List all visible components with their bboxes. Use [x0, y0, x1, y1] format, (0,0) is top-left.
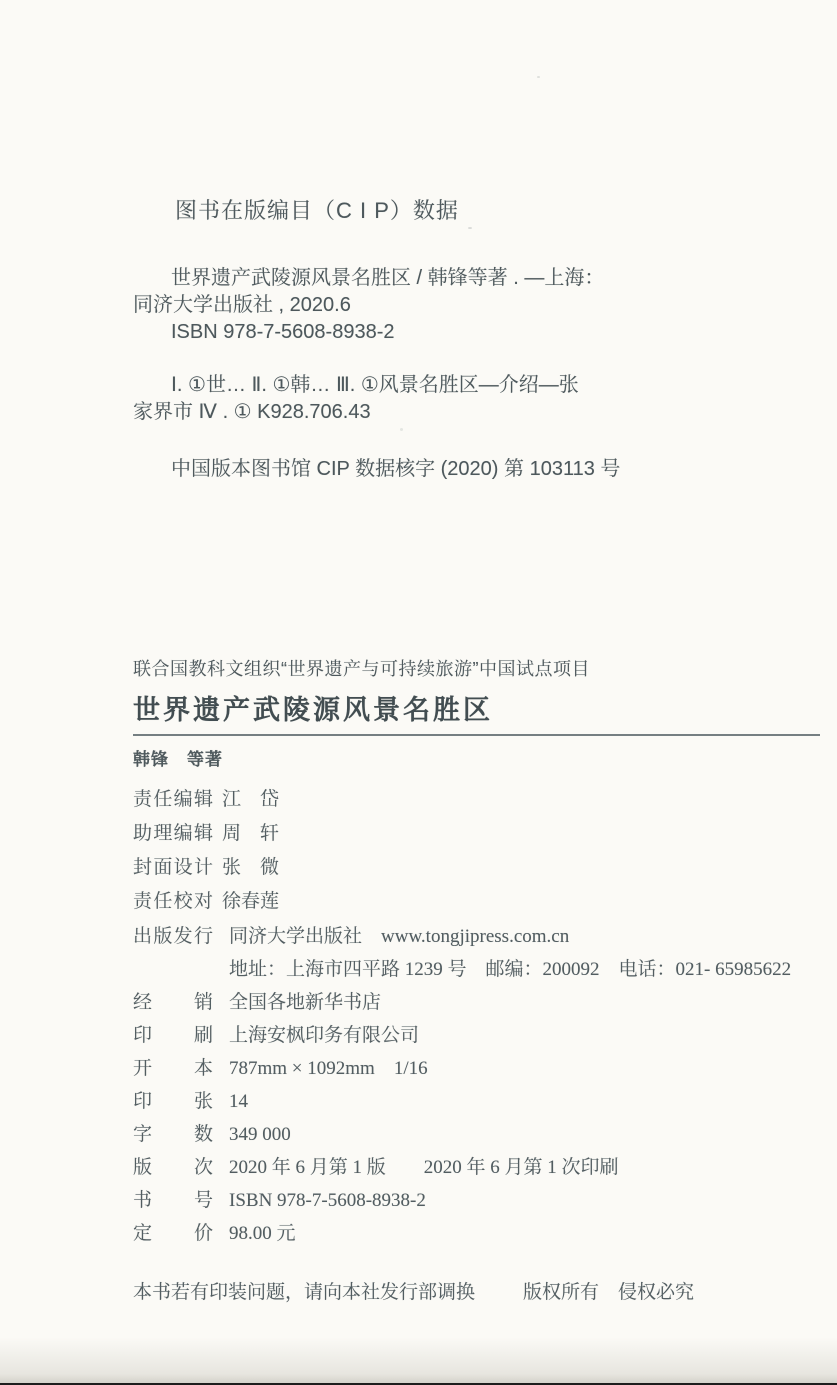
cip-title-line: 世界遗产武陵源风景名胜区 / 韩锋等著 . —上海：: [133, 265, 733, 292]
cip-classification-block: Ⅰ. ①世… Ⅱ. ①韩… Ⅲ. ①风景名胜区—介绍—张 家界市 Ⅳ . ① K…: [133, 372, 733, 426]
publishing-address-line: 地址：上海市四平路 1239 号 邮编：200092 电话：021- 65985…: [229, 953, 791, 986]
credit-value: 周 轩: [222, 817, 279, 851]
publishing-value: 349 000: [229, 1118, 291, 1151]
publishing-row: 书号 ISBN 978-7-5608-8938-2: [133, 1184, 813, 1217]
footer-rights: 版权所有 侵权必究: [523, 1277, 694, 1304]
publishing-label: 书号: [133, 1184, 213, 1217]
credit-label: 助理编辑: [133, 817, 213, 851]
publishing-value: 全国各地新华书店: [229, 986, 381, 1019]
scan-speck: [537, 76, 540, 78]
book-copyright-page: 图书在版编目（C I P）数据 世界遗产武陵源风景名胜区 / 韩锋等著 . —上…: [0, 0, 837, 1385]
credit-value: 徐春莲: [222, 885, 279, 919]
credit-value: 张 微: [222, 851, 279, 885]
footer-line: 本书若有印装问题，请向本社发行部调换 版权所有 侵权必究: [133, 1277, 694, 1304]
publishing-value: 上海安枫印务有限公司: [229, 1019, 419, 1052]
publishing-row: 版次 2020 年 6 月第 1 版 2020 年 6 月第 1 次印刷: [133, 1151, 813, 1184]
credit-row: 封面设计 张 微: [133, 851, 279, 885]
cip-class-line2: 家界市 Ⅳ . ① K928.706.43: [133, 399, 733, 426]
publishing-row: 印刷 上海安枫印务有限公司: [133, 1019, 813, 1052]
scan-bottom-shadow: [0, 1337, 837, 1383]
scan-speck: [400, 428, 403, 431]
scan-speck: [468, 227, 472, 229]
publishing-label: 经销: [133, 986, 213, 1019]
publishing-row: 字数 349 000: [133, 1118, 813, 1151]
publishing-row: 开本 787mm × 1092mm 1/16: [133, 1052, 813, 1085]
publishing-row: 出版发行 同济大学出版社 www.tongjipress.com.cn: [133, 920, 813, 953]
publishing-value: 98.00 元: [229, 1217, 296, 1250]
publishing-label-spacer: [133, 953, 213, 986]
publishing-row: 印张 14: [133, 1085, 813, 1118]
credit-row: 责任校对 徐春莲: [133, 885, 279, 919]
project-line: 联合国教科文组织“世界遗产与可持续旅游”中国试点项目: [133, 655, 590, 681]
publishing-value: ISBN 978-7-5608-8938-2: [229, 1184, 426, 1217]
credit-row: 责任编辑 江 岱: [133, 783, 279, 817]
credit-row: 助理编辑 周 轩: [133, 817, 279, 851]
publishing-value: 同济大学出版社 www.tongjipress.com.cn: [229, 920, 569, 953]
publishing-value: 14: [229, 1085, 248, 1118]
publishing-info-block: 出版发行 同济大学出版社 www.tongjipress.com.cn 地址：上…: [133, 920, 813, 1250]
publishing-value: 787mm × 1092mm 1/16: [229, 1052, 428, 1085]
publishing-label: 出版发行: [133, 920, 213, 953]
publishing-value: 2020 年 6 月第 1 版 2020 年 6 月第 1 次印刷: [229, 1151, 619, 1184]
footer-notice: 本书若有印装问题，请向本社发行部调换: [133, 1277, 475, 1304]
publishing-row: 经销 全国各地新华书店: [133, 986, 813, 1019]
publishing-label: 定价: [133, 1217, 213, 1250]
publishing-label: 印张: [133, 1085, 213, 1118]
book-title: 世界遗产武陵源风景名胜区: [133, 688, 493, 727]
publishing-label: 版次: [133, 1151, 213, 1184]
publishing-label: 开本: [133, 1052, 213, 1085]
cip-class-line1: Ⅰ. ①世… Ⅱ. ①韩… Ⅲ. ①风景名胜区—介绍—张: [133, 372, 733, 399]
authors-line: 韩锋 等著: [133, 745, 223, 770]
publishing-label: 字数: [133, 1118, 213, 1151]
cip-description-block: 世界遗产武陵源风景名胜区 / 韩锋等著 . —上海： 同济大学出版社 , 202…: [133, 265, 733, 346]
credits-block: 责任编辑 江 岱 助理编辑 周 轩 封面设计 张 微 责任校对 徐春莲: [133, 783, 279, 919]
title-rule: [133, 734, 820, 736]
credit-label: 封面设计: [133, 851, 213, 885]
publishing-row-continuation: 地址：上海市四平路 1239 号 邮编：200092 电话：021- 65985…: [133, 953, 813, 986]
credit-label: 责任校对: [133, 885, 213, 919]
publishing-label: 印刷: [133, 1019, 213, 1052]
cip-header: 图书在版编目（C I P）数据: [175, 194, 459, 225]
credit-value: 江 岱: [222, 783, 279, 817]
publishing-row: 定价 98.00 元: [133, 1217, 813, 1250]
cip-isbn-line: ISBN 978-7-5608-8938-2: [133, 319, 733, 346]
credit-label: 责任编辑: [133, 783, 213, 817]
cip-record-line: 中国版本图书馆 CIP 数据核字 (2020) 第 103113 号: [171, 452, 620, 481]
cip-publisher-line: 同济大学出版社 , 2020.6: [133, 292, 733, 319]
